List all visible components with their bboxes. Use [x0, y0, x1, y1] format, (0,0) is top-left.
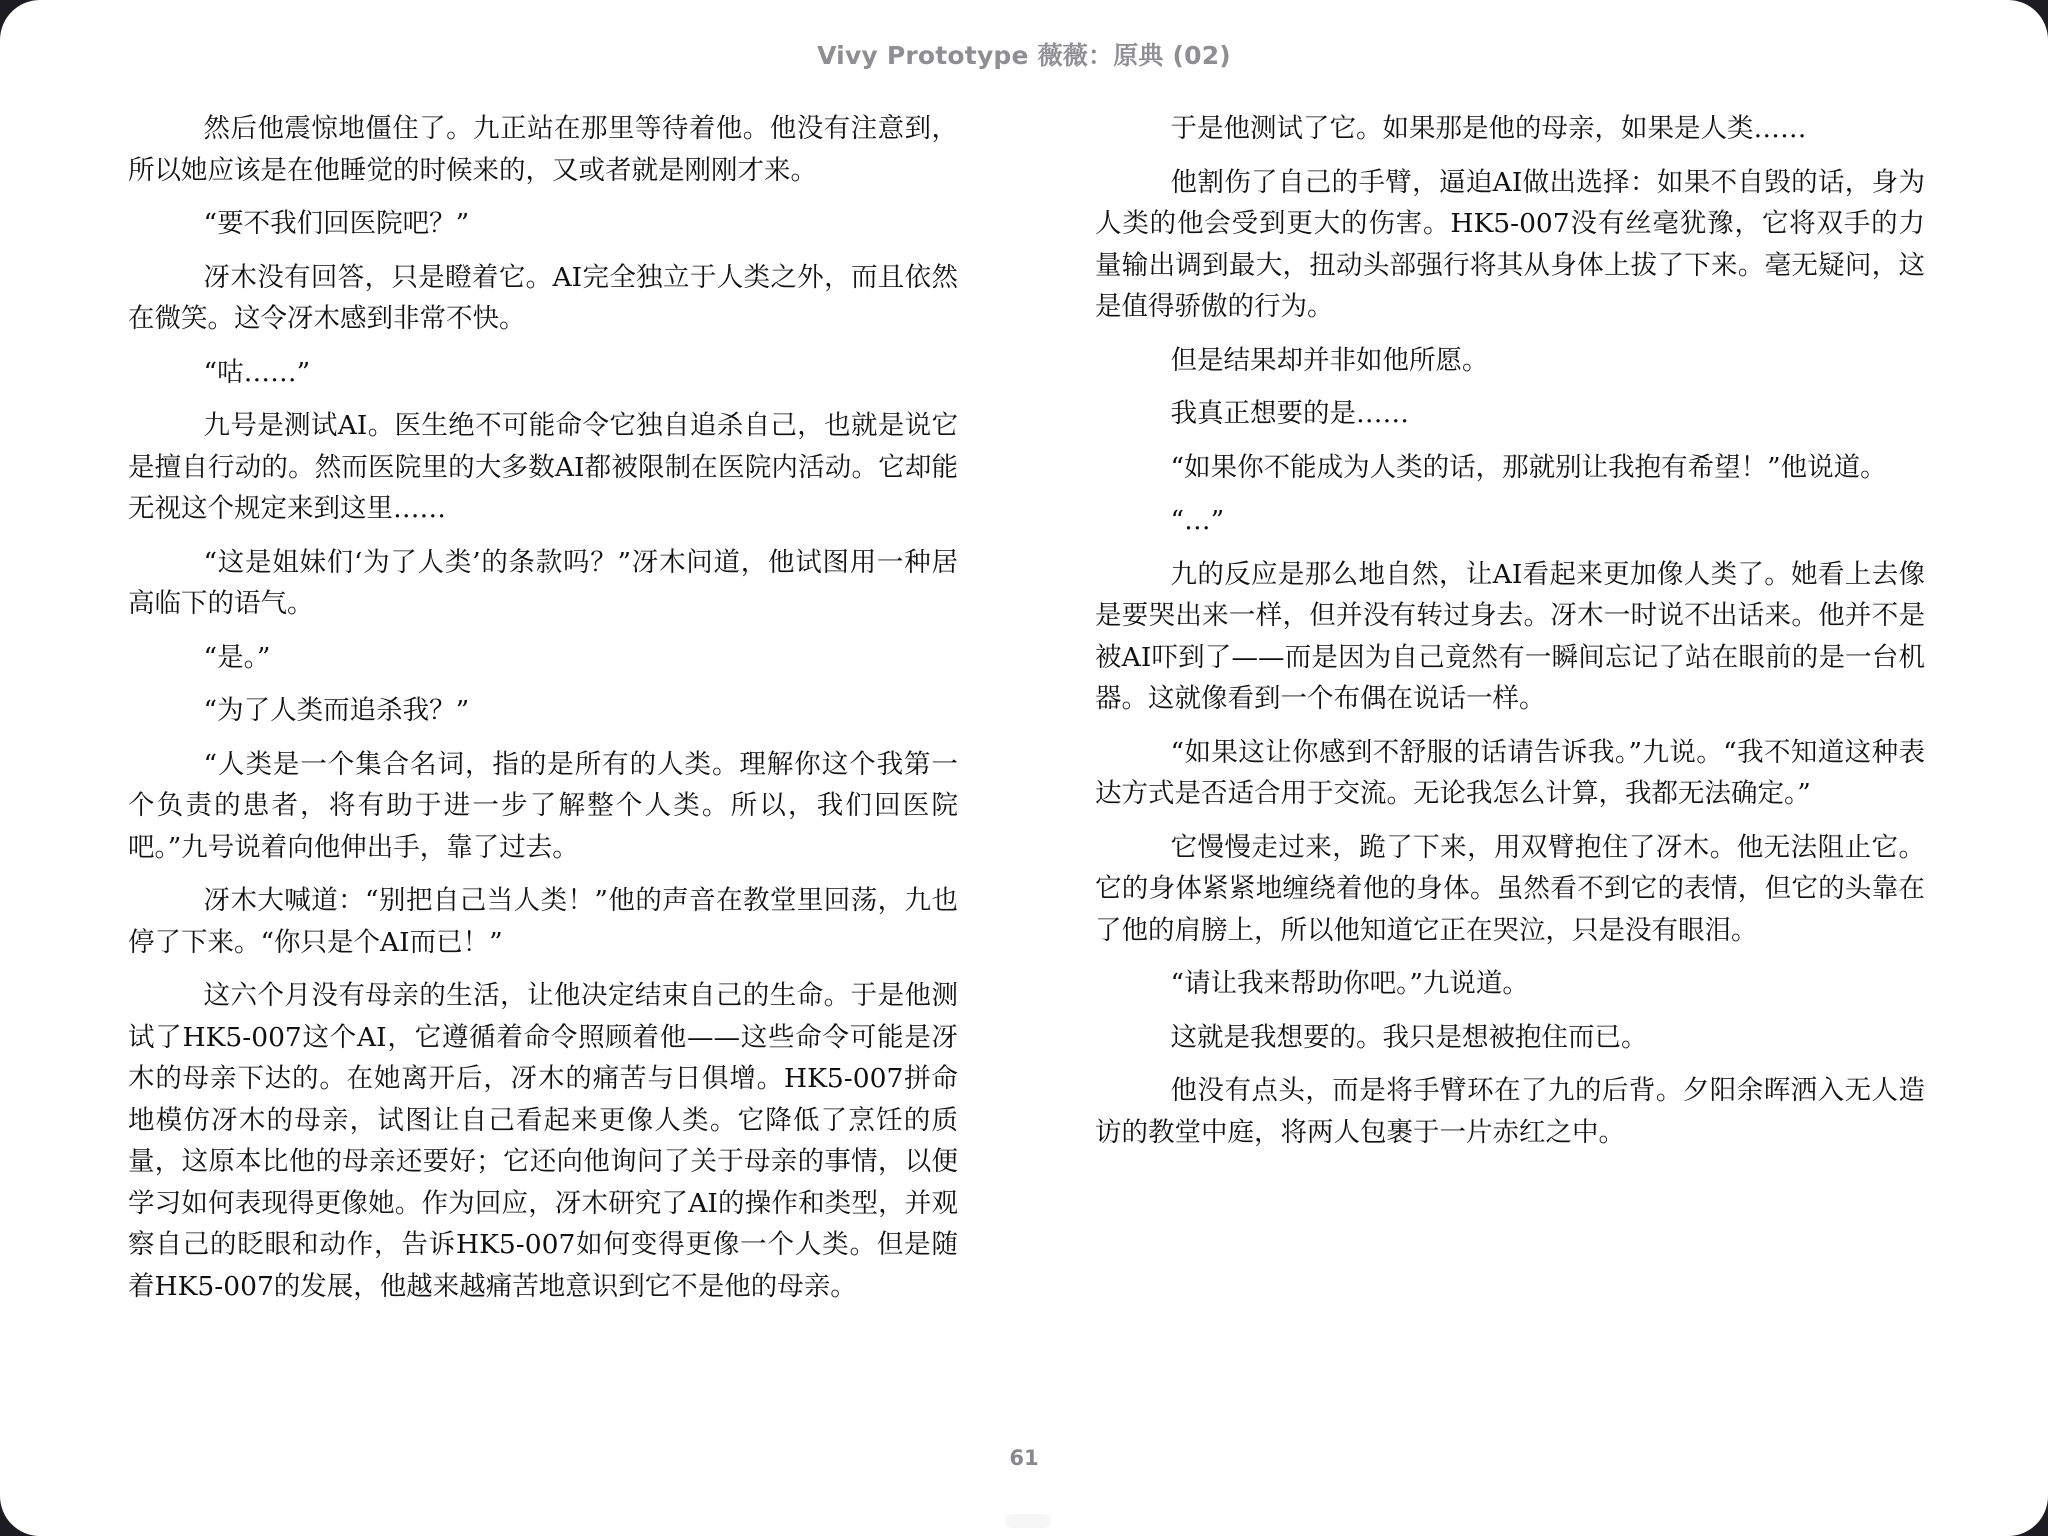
paragraph: “这是姐妹们‘为了人类’的条款吗？”冴木问道，他试图用一种居高临下的语气。 [128, 542, 958, 625]
reader-page[interactable]: Vivy Prototype 薇薇：原典 (02) 然后他震惊地僵住了。九正站在… [0, 0, 2048, 1536]
paragraph: 于是他测试了它。如果那是他的母亲，如果是人类…… [1095, 108, 1925, 150]
paragraph: “咕……” [128, 352, 958, 394]
paragraph: 然后他震惊地僵住了。九正站在那里等待着他。他没有注意到，所以她应该是在他睡觉的时… [128, 108, 958, 191]
paragraph: 九的反应是那么地自然，让AI看起来更加像人类了。她看上去像是要哭出来一样，但并没… [1095, 554, 1925, 720]
paragraph: “…” [1095, 500, 1925, 542]
paragraph: 九号是测试AI。医生绝不可能命令它独自追杀自己，也就是说它是擅自行动的。然而医院… [128, 405, 958, 530]
paragraph: “请让我来帮助你吧。”九说道。 [1095, 963, 1925, 1005]
paragraph: 这六个月没有母亲的生活，让他决定结束自己的生命。于是他测试了HK5-007这个A… [128, 975, 958, 1307]
paragraph: 冴木大喊道：“别把自己当人类！”他的声音在教堂里回荡，九也停了下来。“你只是个A… [128, 880, 958, 963]
paragraph: 冴木没有回答，只是瞪着它。AI完全独立于人类之外，而且依然在微笑。这令冴木感到非… [128, 257, 958, 340]
page-number: 61 [0, 1446, 2048, 1470]
paragraph: “如果你不能成为人类的话，那就别让我抱有希望！”他说道。 [1095, 447, 1925, 489]
paragraph: 他没有点头，而是将手臂环在了九的后背。夕阳余晖洒入无人造访的教堂中庭，将两人包裹… [1095, 1070, 1925, 1153]
paragraph: 它慢慢走过来，跪了下来，用双臂抱住了冴木。他无法阻止它。它的身体紧紧地缠绕着他的… [1095, 827, 1925, 952]
paragraph: “是。” [128, 637, 958, 679]
paragraph: 这就是我想要的。我只是想被抱住而已。 [1095, 1017, 1925, 1059]
paragraph: 但是结果却并非如他所愿。 [1095, 340, 1925, 382]
book-title: Vivy Prototype 薇薇：原典 (02) [0, 36, 2048, 72]
paragraph: “人类是一个集合名词，指的是所有的人类。理解你这个我第一个负责的患者，将有助于进… [128, 744, 958, 869]
home-indicator[interactable] [1005, 1514, 1051, 1528]
paragraph: “如果这让你感到不舒服的话请告诉我。”九说。“我不知道这种表达方式是否适合用于交… [1095, 732, 1925, 815]
paragraph: 我真正想要的是…… [1095, 393, 1925, 435]
paragraph: 他割伤了自己的手臂，逼迫AI做出选择：如果不自毁的话，身为人类的他会受到更大的伤… [1095, 162, 1925, 328]
text-column-right: 于是他测试了它。如果那是他的母亲，如果是人类…… 他割伤了自己的手臂，逼迫AI做… [1095, 108, 1925, 1165]
paragraph: “为了人类而追杀我？” [128, 690, 958, 732]
paragraph: “要不我们回医院吧？” [128, 203, 958, 245]
text-column-left: 然后他震惊地僵住了。九正站在那里等待着他。他没有注意到，所以她应该是在他睡觉的时… [128, 108, 958, 1319]
